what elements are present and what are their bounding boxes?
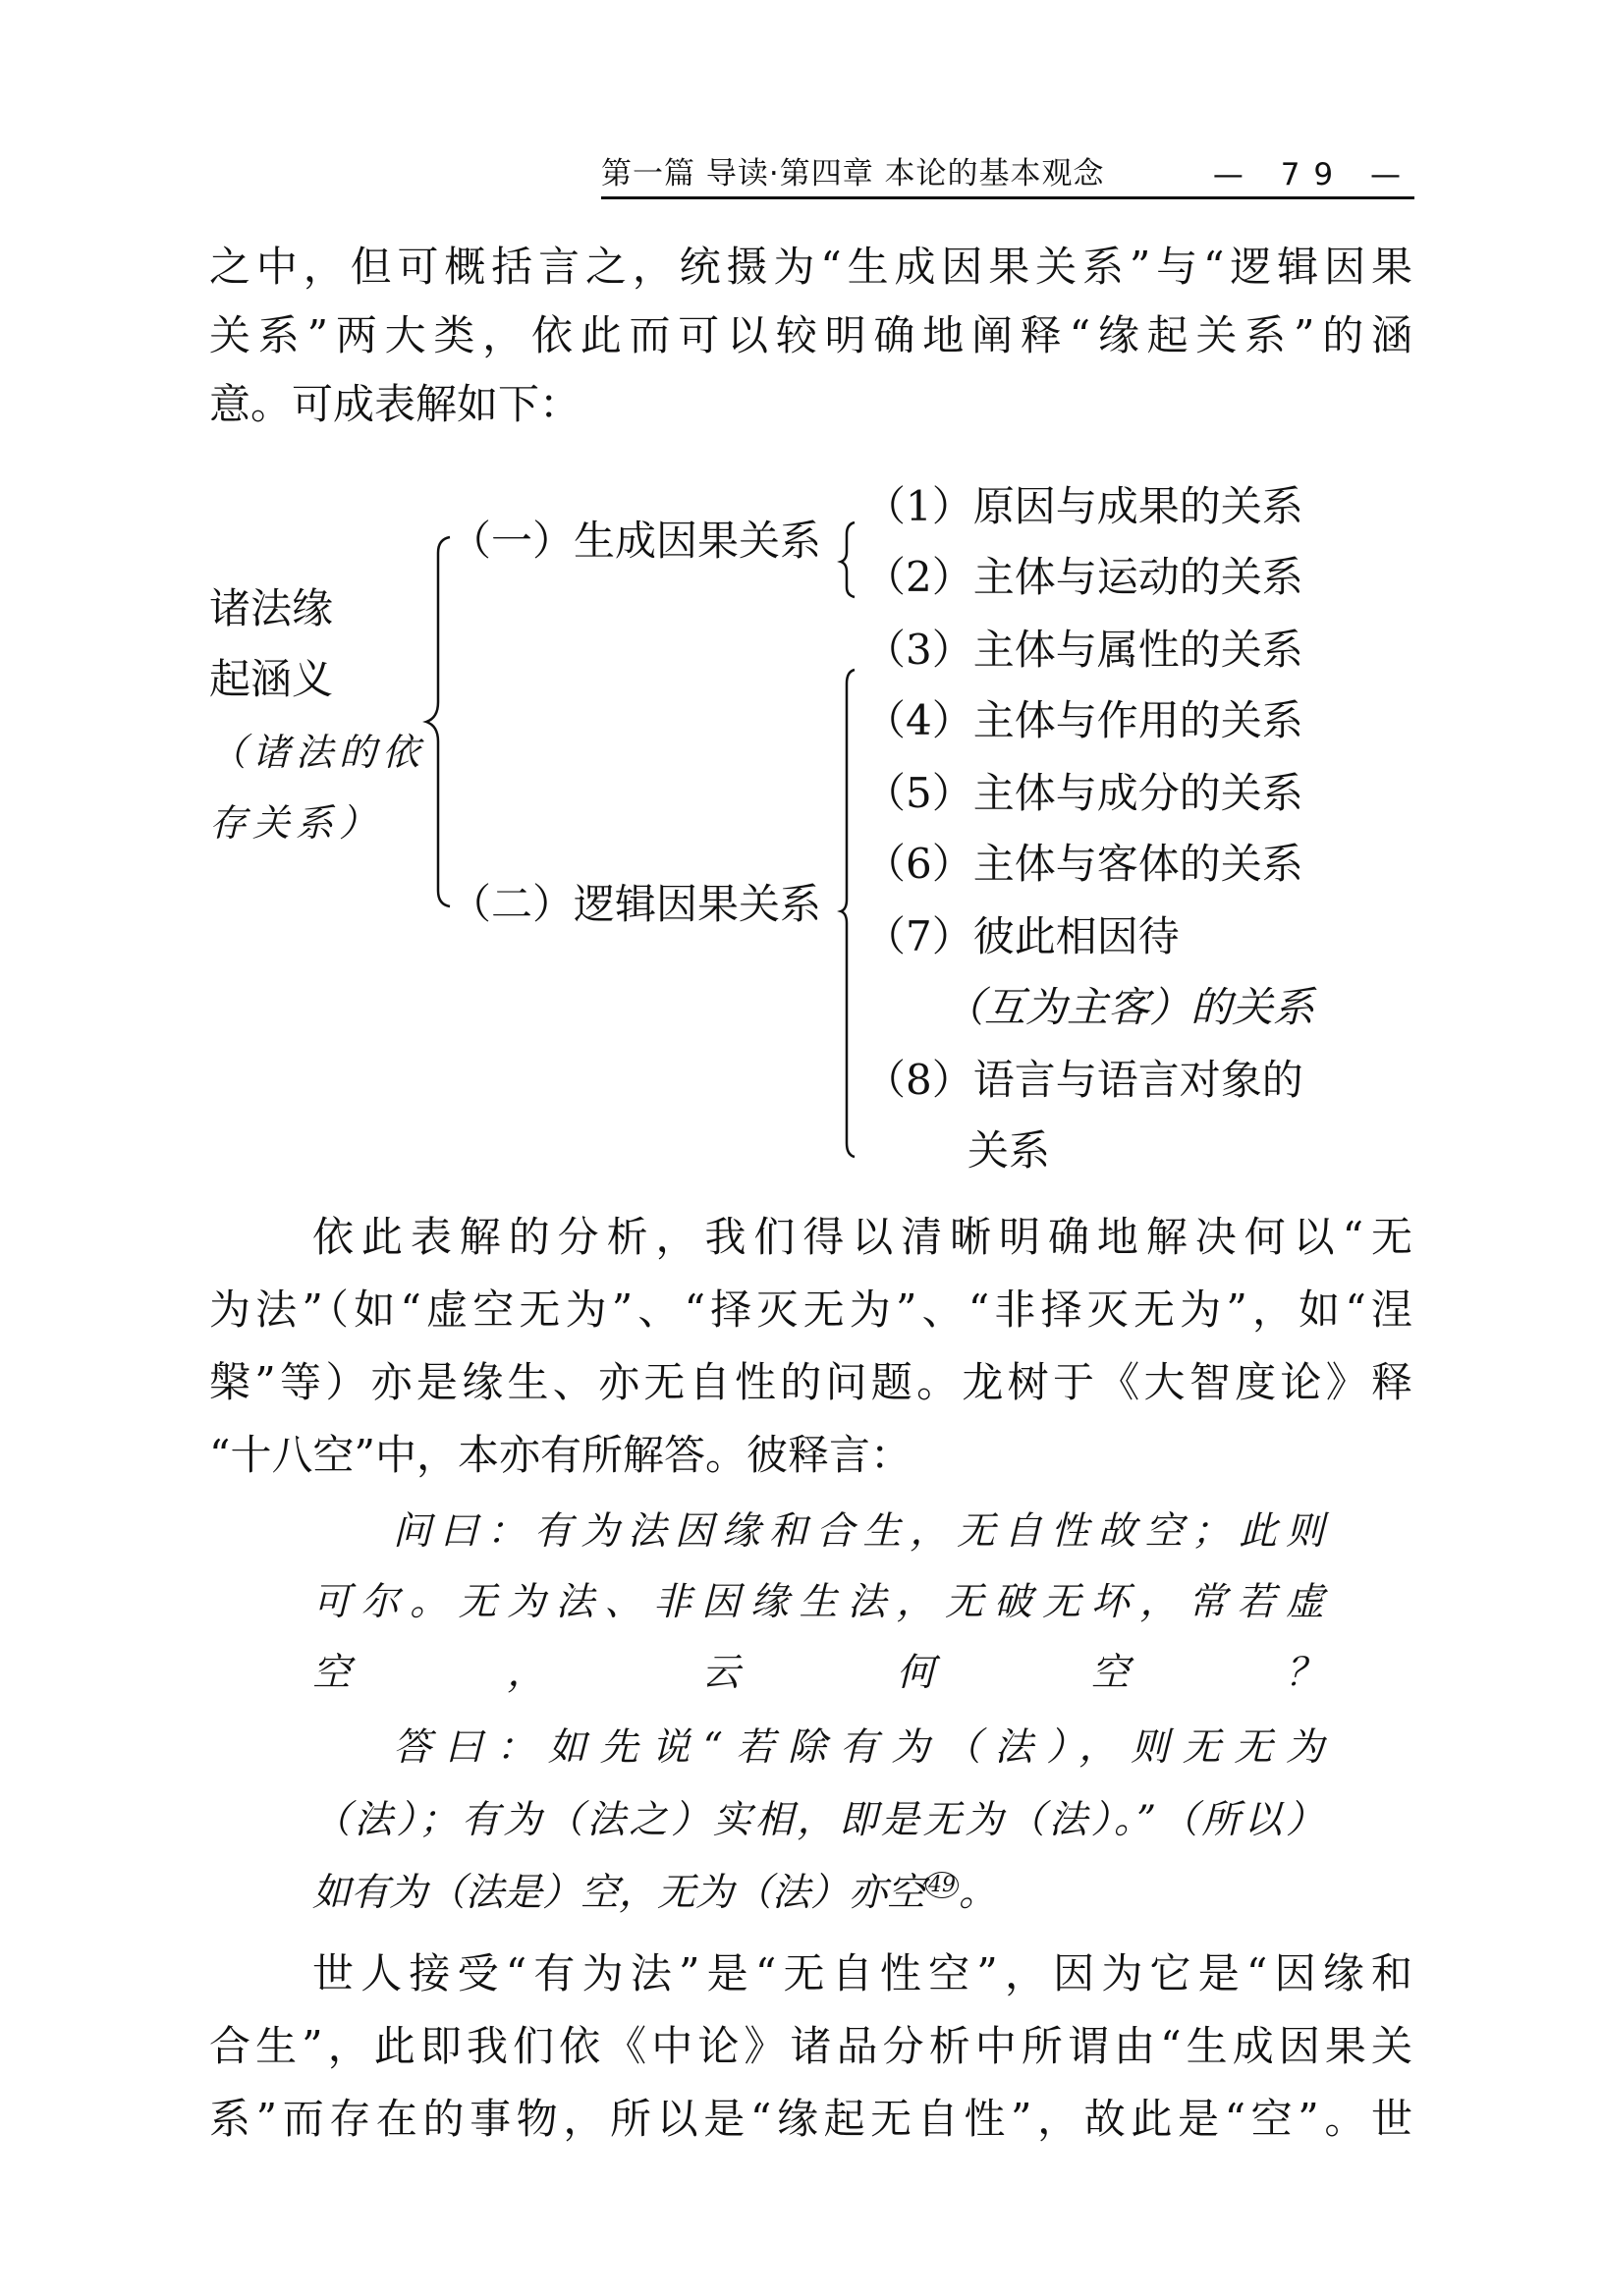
relation-item-5: （5）主体与成分的关系 [864, 766, 1303, 821]
branch-label-1: （一）生成因果关系 [450, 514, 821, 569]
diagram-root-note-1: （诸法的依 [209, 725, 425, 780]
branch-label-2: （二）逻辑因果关系 [450, 877, 821, 932]
intro-line-3: 意。可成表解如下： [209, 377, 1412, 432]
relation-item-8: （8）语言与语言对象的 [864, 1053, 1303, 1108]
relation-item-7-cont: （互为主客）的关系 [943, 980, 1314, 1035]
relation-item-2: （2）主体与运动的关系 [864, 550, 1303, 605]
footnote-mark[interactable]: 49 [925, 1872, 959, 1898]
quote-answer-1: 答曰：如先说“若除有为（法），则无无为 [393, 1721, 1324, 1776]
para3-line-3: 系”而存在的事物，所以是“缘起无自性”，故此是“空”。世 [209, 2092, 1412, 2147]
para2-line-1: 依此表解的分析，我们得以清晰明确地解决何以“无 [312, 1210, 1412, 1265]
running-head-title: 第一篇 导读·第四章 本论的基本观念 [601, 148, 1105, 192]
book-page: 第一篇 导读·第四章 本论的基本观念 — 79 — 之中，但可概括言之，统摄为“… [0, 0, 1603, 2296]
relation-item-6: （6）主体与客体的关系 [864, 837, 1303, 892]
branch-1-brace [837, 520, 860, 599]
quote-end-punct: 。 [959, 1871, 997, 1915]
branch-2-brace [837, 668, 860, 1159]
relation-item-1: （1）原因与成果的关系 [864, 479, 1303, 534]
intro-line-1: 之中，但可概括言之，统摄为“生成因果关系”与“逻辑因果 [209, 240, 1412, 295]
quote-answer-3: 如有为（法是）空，无为（法）亦空49。 [312, 1866, 997, 1921]
running-head: 第一篇 导读·第四章 本论的基本观念 — 79 — [601, 147, 1414, 199]
quote-question-2: 可尔。无为法、非因缘生法，无破无坏，常若虚 [312, 1575, 1324, 1630]
relation-item-3: （3）主体与属性的关系 [864, 623, 1303, 678]
para2-line-2: 为法”（如“虚空无为”、“择灭无为”、“非择灭无为”，如“涅 [209, 1283, 1412, 1338]
relation-item-7: （7）彼此相因待 [864, 909, 1180, 964]
diagram-root-line-1: 诸法缘 [209, 581, 333, 636]
page-number: — 79 — [1213, 157, 1414, 192]
para3-line-2: 合生”，此即我们依《中论》诸品分析中所谓由“生成因果关 [209, 2019, 1412, 2074]
para3-line-1: 世人接受“有为法”是“无自性空”，因为它是“因缘和 [312, 1946, 1412, 2001]
quote-question-3: 空，云何空？ [312, 1646, 1324, 1701]
quote-answer-2: （法）；有为（法之）实相，即是无为（法）。”（所以） [312, 1793, 1324, 1848]
para2-line-4: “十八空”中，本亦有所解答。彼释言： [209, 1428, 1412, 1483]
para2-line-3: 槃”等）亦是缘生、亦无自性的问题。龙树于《大智度论》释 [209, 1355, 1412, 1410]
relation-item-8-cont: 关系 [967, 1123, 1050, 1178]
relation-item-4: （4）主体与作用的关系 [864, 693, 1303, 748]
diagram-root-line-2: 起涵义 [209, 652, 333, 707]
root-brace [420, 535, 460, 908]
quote-question-1: 问曰：有为法因缘和合生，无自性故空；此则 [393, 1504, 1324, 1559]
diagram-root-note-2: 存关系） [209, 795, 382, 850]
quote-answer-3-text: 如有为（法是）空，无为（法）亦空 [312, 1871, 925, 1915]
intro-line-2: 关系”两大类，依此而可以较明确地阐释“缘起关系”的涵 [209, 308, 1412, 363]
